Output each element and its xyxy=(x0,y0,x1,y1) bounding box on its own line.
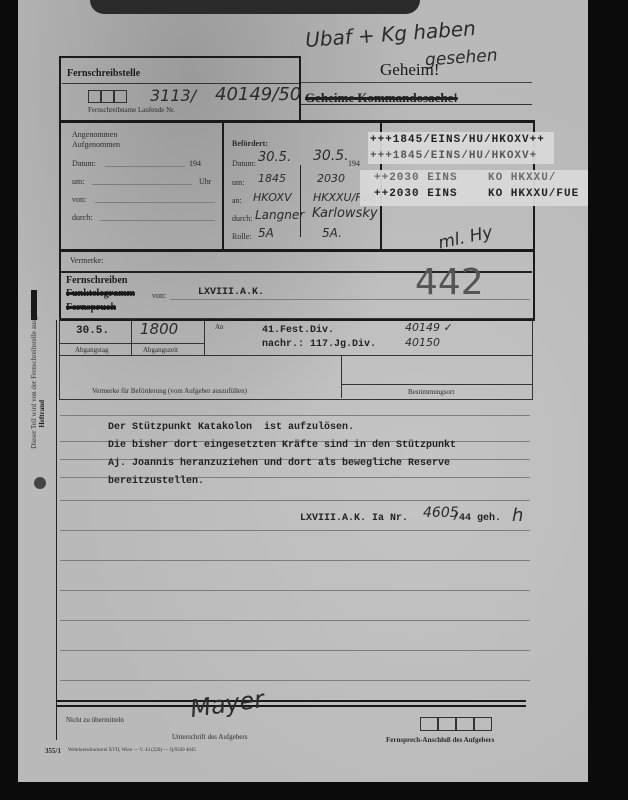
message-type: Fernschreiben xyxy=(66,275,127,286)
tape-line-4b: KO HKXXU/FUE xyxy=(488,188,579,200)
forwarded-by-2: Karlowsky xyxy=(312,206,378,221)
not-transmit-label: Nicht zu übermitteln xyxy=(66,716,124,724)
forward-notes-label: Vermerke für Beförderung (vom Aufgeber a… xyxy=(92,387,247,395)
forwarded-time-1: 1845 xyxy=(258,172,286,185)
forwarded-by-label: durch: xyxy=(232,214,252,223)
to-value: 41.Fest.Div. xyxy=(262,325,334,336)
reference-initial: h xyxy=(512,505,523,526)
dispatch-time: 1800 xyxy=(140,320,178,338)
message-type-struck-2: Fernspruch xyxy=(66,302,116,313)
dispatch-time-label: Abgangszeit xyxy=(143,346,178,354)
tape-line-3b: KO HKXXU/ xyxy=(488,172,556,184)
role-label: Rolle: xyxy=(232,232,252,241)
body-line-2: Die bisher dort eingesetzten Kräfte sind… xyxy=(108,440,456,451)
forwarded-by-1: Langner xyxy=(255,208,304,222)
reference-label: LXVIII.A.K. Ia Nr. xyxy=(300,513,408,524)
forwarded-to-label: an: xyxy=(232,196,242,205)
received-date-label: Datum: xyxy=(72,159,96,168)
received-from-label: von: xyxy=(72,195,86,204)
to-number: 40149 ✓ xyxy=(405,321,453,334)
dispatch-day-label: Abgangstag xyxy=(75,346,108,354)
tape-line-1: +++1845/EINS/HU/HKOXV++ xyxy=(370,134,545,146)
received-by-label: durch: xyxy=(72,213,92,222)
top-shadow xyxy=(90,0,420,14)
punch-hole xyxy=(34,477,46,489)
from-value: LXVIII.A.K. xyxy=(198,287,264,298)
reference-suffix: /44 geh. xyxy=(453,513,501,524)
received-label: Angenommen xyxy=(72,130,117,139)
tape-line-2: +++1845/EINS/HU/HKOXV+ xyxy=(370,150,537,162)
forwarded-time-2: 2030 xyxy=(317,172,345,185)
body-line-3: Aj. Joannis heranzuziehen und dort als b… xyxy=(108,458,450,469)
dispatch-day: 30.5. xyxy=(76,325,109,337)
name-number-value: 3113/ xyxy=(150,86,196,105)
received-year: 194 xyxy=(189,159,201,168)
role-1: 5A xyxy=(258,226,274,240)
forwarded-year: 194 xyxy=(348,159,360,168)
from-label: von: xyxy=(152,291,166,300)
tape-line-4a: ++2030 EINS xyxy=(374,188,458,200)
cc-value: nachr.: 117.Jg.Div. xyxy=(262,339,376,350)
message-number: 442 xyxy=(415,262,484,303)
forwarded-date-1: 30.5. xyxy=(258,150,291,165)
cc-number: 40150 xyxy=(405,336,440,349)
classification: Geheim! xyxy=(380,60,439,80)
office-label: Fernschreibstelle xyxy=(67,68,140,79)
margin-bar xyxy=(31,290,37,320)
body-line-4: bereitzustellen. xyxy=(108,476,204,487)
signer-label: Unterschrift des Aufgebers xyxy=(172,733,247,741)
serial-value: 40149/50 xyxy=(215,84,301,105)
forwarded-to-1: HKOXV xyxy=(253,191,292,204)
forwarded-date-label: Datum: xyxy=(232,159,256,168)
print-info: Wehrkreisdruckerei XVII, Wien — V. 43 (2… xyxy=(68,748,196,753)
role-2: 5A. xyxy=(322,226,342,240)
received-time-label: um: xyxy=(72,177,84,186)
received-time-suffix: Uhr xyxy=(199,177,211,186)
name-number-label: Fernschreibname Laufende Nr. xyxy=(88,106,175,114)
print-code: 355/1 xyxy=(45,747,61,755)
tape-line-3a: ++2030 EINS xyxy=(374,172,458,184)
forwarded-date-2: 30.5. xyxy=(313,148,349,164)
remarks-label: Vermerke: xyxy=(70,256,103,265)
heftrand-label: Heftrand xyxy=(38,400,46,428)
recorded-label: Aufgenommen xyxy=(72,140,120,149)
forwarded-time-label: um: xyxy=(232,178,244,187)
margin-line xyxy=(56,320,57,740)
destination-label: Bestimmungsort xyxy=(408,388,454,396)
forwarded-label: Befördert: xyxy=(232,139,268,148)
body-line-1: Der Stützpunkt Katakolon ist aufzulösen. xyxy=(108,422,354,433)
phone-cells xyxy=(420,717,492,736)
message-type-struck-1: Funktelegramm xyxy=(66,288,135,299)
phone-label: Fernsprech-Anschluß des Aufgebers xyxy=(386,736,494,744)
to-label: An xyxy=(215,323,224,331)
